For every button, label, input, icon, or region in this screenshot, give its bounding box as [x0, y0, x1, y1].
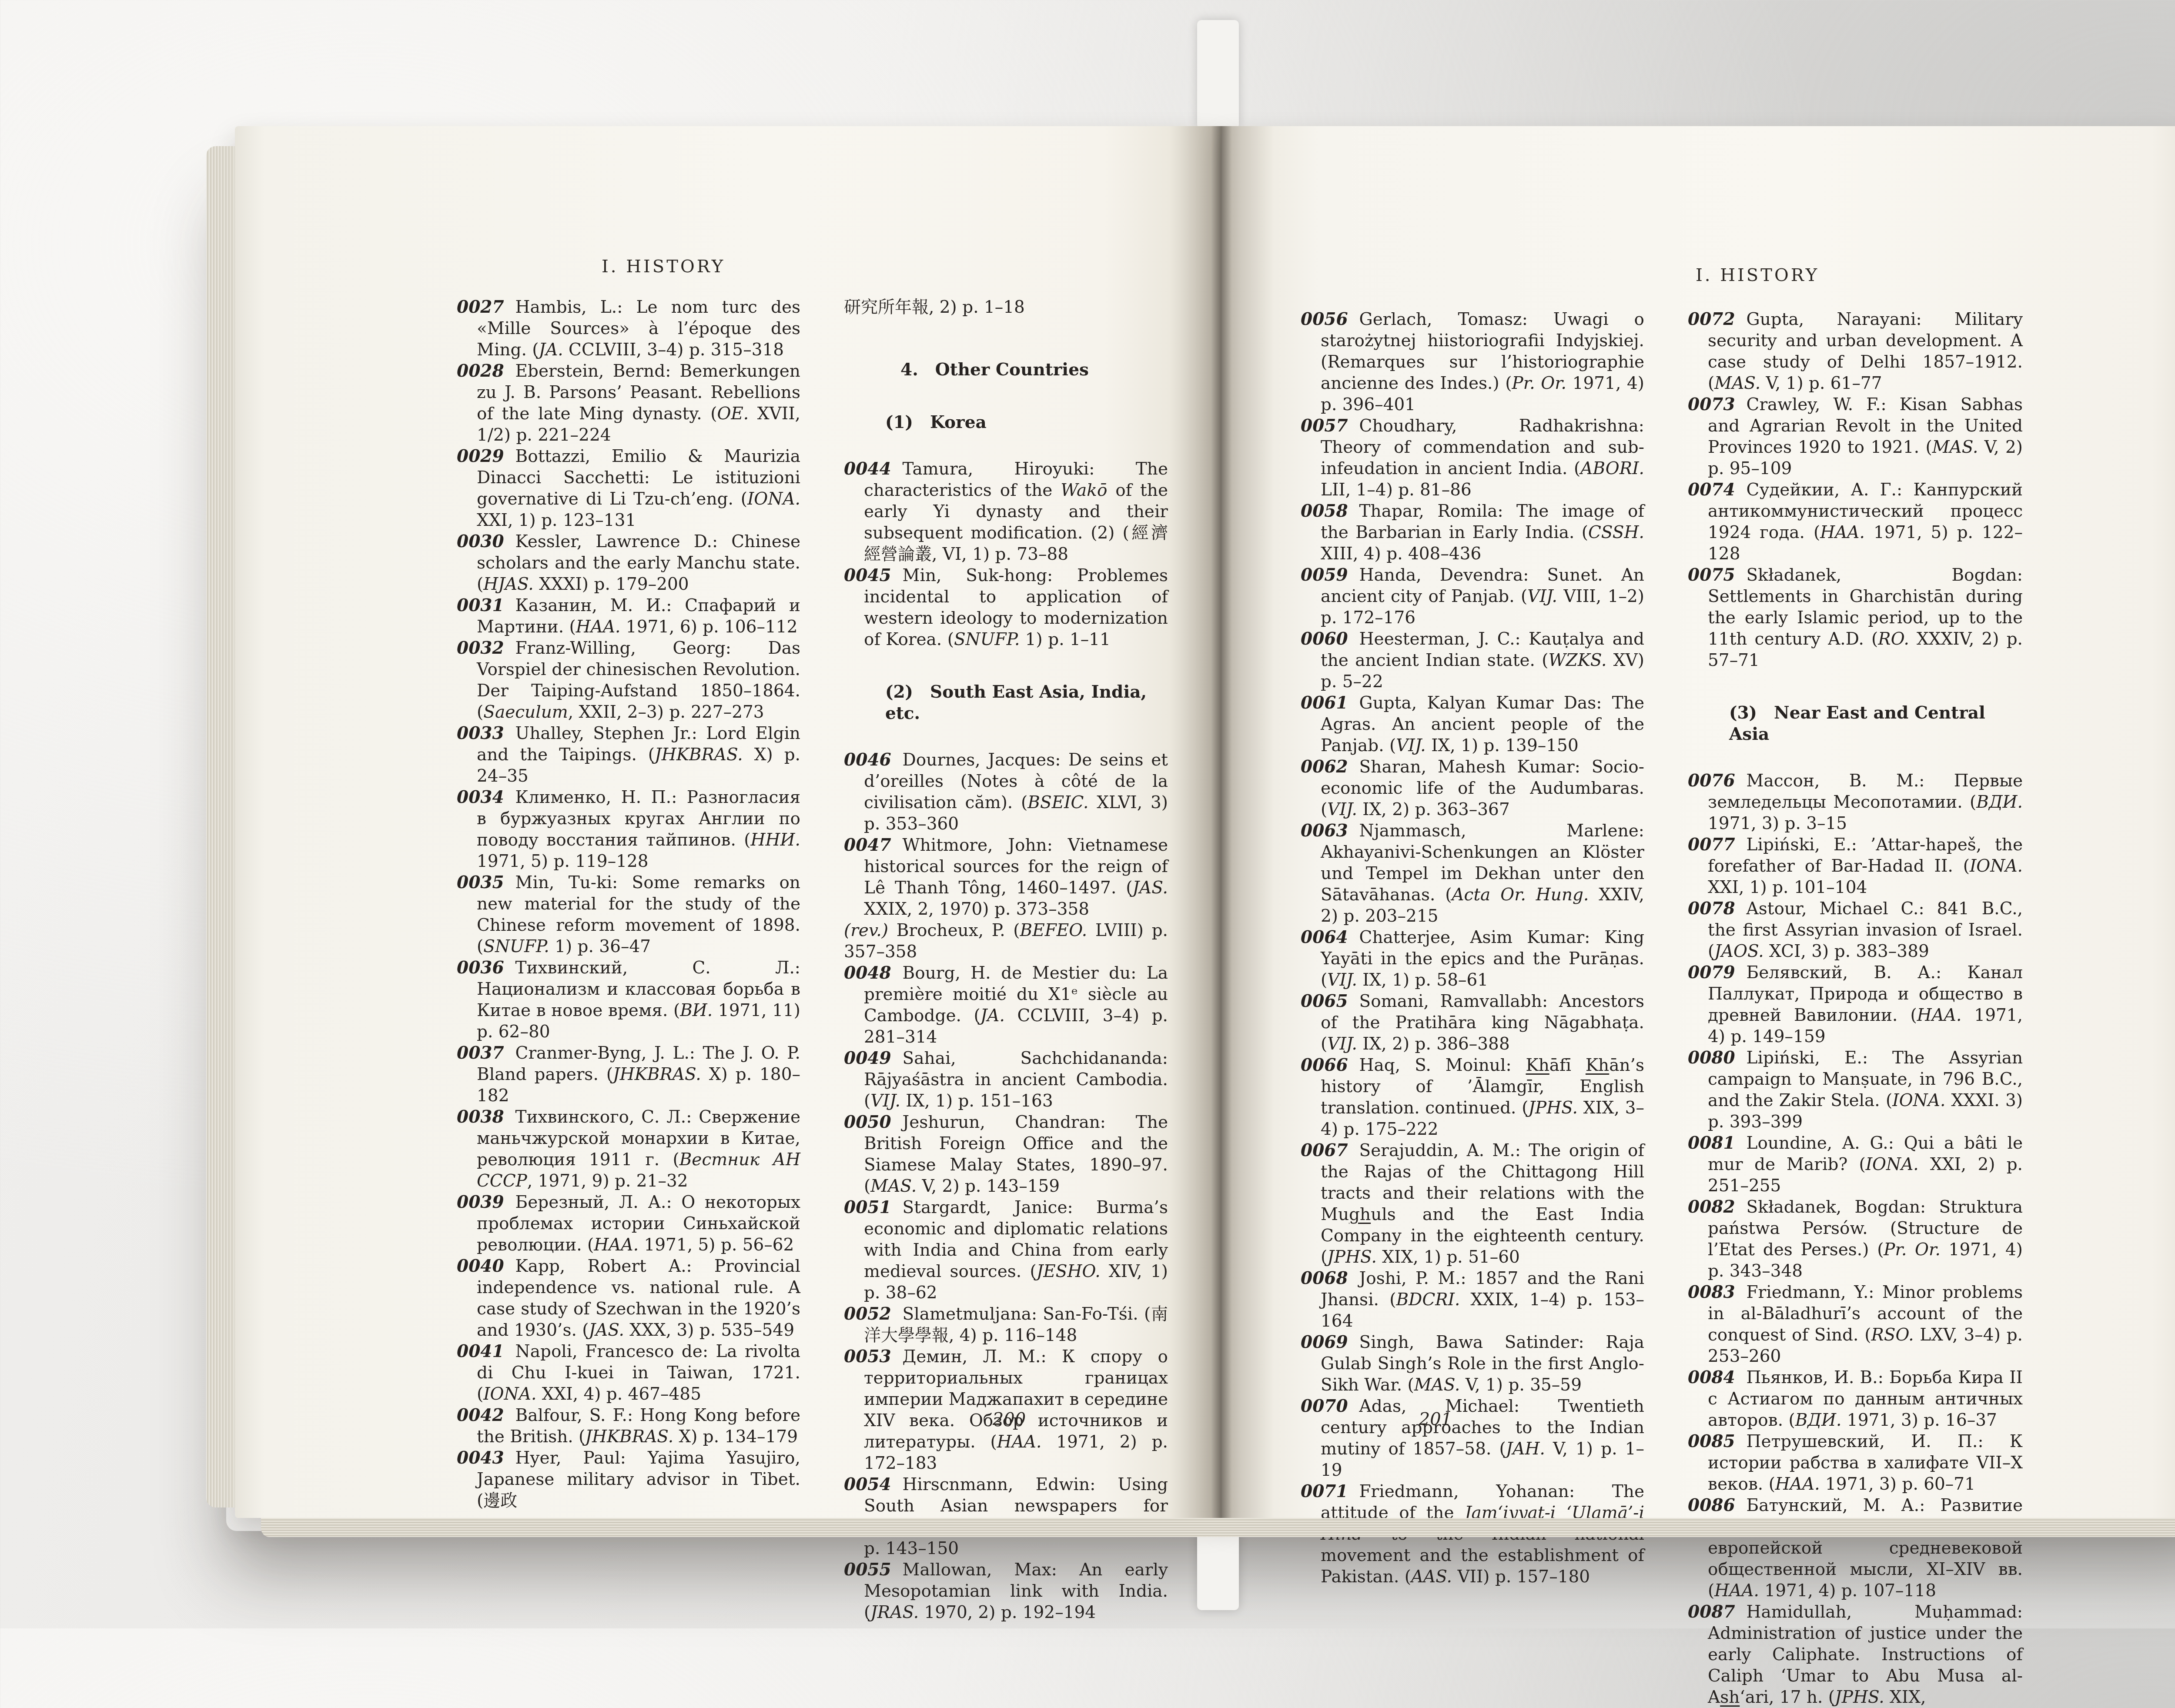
entry-number: 0077	[1688, 835, 1735, 855]
entry-number: 0063	[1301, 821, 1348, 841]
entry-number: 0050	[844, 1112, 891, 1132]
bib-entry: 0070Adas, Michael: Twentieth century app…	[1301, 1396, 1644, 1481]
bib-entry: 0060Heesterman, J. C.: Kauṭalya and the …	[1301, 628, 1644, 692]
bib-entry: 0084Пьянков, И. В.: Борьба Кира II с Аст…	[1688, 1367, 2023, 1431]
bib-entry: 0027Hambis, L.: Le nom turc des «Mille S…	[457, 297, 800, 361]
entry-number: 0039	[457, 1192, 504, 1212]
bibliography-column: 0072Gupta, Narayani: Military security a…	[1688, 309, 2023, 1628]
entry-number: 0036	[457, 958, 504, 978]
bib-entry: 0038Тихвинского, С. Л.: Свержение маньчж…	[457, 1106, 800, 1192]
bib-entry: 0064Chatterjee, Asim Kumar: King Yayāti …	[1301, 927, 1644, 991]
bib-entry: 0041Napoli, Francesco de: La rivolta di …	[457, 1341, 800, 1405]
entry-number: 0067	[1301, 1140, 1348, 1160]
entry-number: 0069	[1301, 1332, 1348, 1352]
entry-number: 0037	[457, 1043, 504, 1063]
bib-entry: 0048Bourg, H. de Mestier du: La première…	[844, 963, 1168, 1048]
bib-entry: 0058Thapar, Romila: The image of the Bar…	[1301, 501, 1644, 565]
entry-number: 0046	[844, 750, 891, 770]
bib-entry: 0035Min, Tu-ki: Some remarks on new mate…	[457, 872, 800, 957]
page-number: 200	[993, 1409, 1026, 1429]
entry-number: 0084	[1688, 1367, 1735, 1387]
entry-number: 0074	[1688, 480, 1735, 500]
entry-number: 0045	[844, 565, 891, 585]
bib-entry: 0076Массон, В. М.: Первые земледельцы Ме…	[1688, 770, 2023, 834]
entry-number: 0081	[1688, 1133, 1735, 1153]
entry-number: 0056	[1301, 309, 1348, 329]
bibliography-column: 0027Hambis, L.: Le nom turc des «Mille S…	[457, 297, 800, 1511]
bib-entry: 0057Choudhary, Radhakrishna: Theory of c…	[1301, 415, 1644, 501]
entry-number: 0032	[457, 638, 504, 658]
bib-entry: 0075Składanek, Bogdan: Settlements in Gh…	[1688, 565, 2023, 671]
entry-number: 0047	[844, 835, 891, 855]
entry-number: 0052	[844, 1304, 891, 1324]
bib-entry: 0045Min, Suk-hong: Problemes incidental …	[844, 565, 1168, 650]
bib-entry: 0062Sharan, Mahesh Kumar: Socio-economic…	[1301, 756, 1644, 820]
bib-entry: 0042Balfour, S. F.: Hong Kong before the…	[457, 1405, 800, 1447]
entry-number: 0058	[1301, 501, 1348, 521]
bib-entry: 0082Składanek, Bogdan: Struktura państwa…	[1688, 1197, 2023, 1282]
entry-number: 0031	[457, 595, 504, 615]
entry-number: 0070	[1301, 1396, 1348, 1416]
bib-entry: 0086Батунский, М. А.: Развитие представл…	[1688, 1495, 2023, 1601]
entry-number: 0072	[1688, 309, 1735, 329]
page-number: 201	[1419, 1409, 1452, 1429]
entry-number: 0033	[457, 723, 504, 743]
entry-number: 0038	[457, 1107, 504, 1127]
entry-number: 0041	[457, 1341, 504, 1361]
entry-number: 0071	[1301, 1481, 1348, 1501]
bib-entry: 0074Судейкии, А. Г.: Канпурский антикомм…	[1688, 479, 2023, 565]
bib-entry: 0044Tamura, Hiroyuki: The characteristic…	[844, 458, 1168, 565]
entry-number: 0029	[457, 446, 504, 466]
bib-entry: 0054Hirscnmann, Edwin: Using South Asian…	[844, 1474, 1168, 1559]
bib-entry: 0079Белявский, В. А.: Канал Паллукат, Пр…	[1688, 962, 2023, 1047]
bib-entry: 0072Gupta, Narayani: Military security a…	[1688, 309, 2023, 394]
entry-number: 0062	[1301, 757, 1348, 777]
bib-entry: 0050Jeshurun, Chandran: The British Fore…	[844, 1112, 1168, 1197]
section-heading: (2) South East Asia, India, etc.	[844, 682, 1168, 724]
bib-entry: 0040Kapp, Robert A.: Provincial independ…	[457, 1256, 800, 1341]
entry-number: 0078	[1688, 899, 1735, 919]
section-heading: 4. Other Countries	[844, 359, 1168, 381]
page-edges-bottom	[261, 1518, 2175, 1537]
entry-number: 0083	[1688, 1282, 1735, 1302]
bib-entry: 0069Singh, Bawa Satinder: Raja Gulab Sin…	[1301, 1332, 1644, 1396]
bib-entry: 0067Serajuddin, A. M.: The origin of the…	[1301, 1140, 1644, 1268]
bib-entry: 0087Hamidullah, Muḥammad: Administration…	[1688, 1601, 2023, 1628]
entry-number: 0080	[1688, 1048, 1735, 1068]
bib-entry: 0068Joshi, P. M.: 1857 and the Rani Jhan…	[1301, 1268, 1644, 1332]
entry-number: 0073	[1688, 394, 1735, 414]
bib-entry: 0051Stargardt, Janice: Burma’s economic …	[844, 1197, 1168, 1304]
entry-number: 0086	[1688, 1495, 1735, 1515]
bibliography-column: 0056Gerlach, Tomasz: Uwagi o starożytnej…	[1301, 309, 1644, 1588]
entry-number: 0049	[844, 1048, 891, 1068]
entry-number: 0076	[1688, 771, 1735, 791]
bib-entry: 0043Hyer, Paul: Yajima Yasujiro, Japanes…	[457, 1447, 800, 1511]
bib-entry: 0036Тихвинский, С. Л.: Национализм и кла…	[457, 957, 800, 1043]
entry-number: 0042	[457, 1405, 504, 1425]
entry-number: 0055	[844, 1560, 891, 1580]
running-head: I. HISTORY	[1696, 265, 1819, 285]
bib-entry: 0080Lipiński, E.: The Assyrian campaign …	[1688, 1047, 2023, 1133]
entry-number: 0085	[1688, 1431, 1735, 1451]
bib-entry: 0083Friedmann, Y.: Minor problems in al-…	[1688, 1282, 2023, 1367]
entry-number: 0068	[1301, 1268, 1348, 1288]
bib-entry: 0032Franz-Willing, Georg: Das Vorspiel d…	[457, 638, 800, 723]
bib-entry: 0078Astour, Michael C.: 841 B.C., the fi…	[1688, 898, 2023, 962]
page-right: I. HISTORY 0056Gerlach, Tomasz: Uwagi o …	[1221, 126, 2175, 1518]
entry-number: 0087	[1688, 1602, 1735, 1622]
bib-entry: 0039Березный, Л. А.: О некоторых проблем…	[457, 1192, 800, 1256]
entry-number: 0030	[457, 531, 504, 552]
bib-entry: 0047Whitmore, John: Vietnamese historica…	[844, 835, 1168, 920]
bib-entry: 0065Somani, Ramvallabh: Ancestors of the…	[1301, 991, 1644, 1055]
entry-number: 0048	[844, 963, 891, 983]
book-spine-top	[1197, 20, 1239, 129]
bib-entry: 0031Казанин, М. И.: Спафарий и Мартини. …	[457, 595, 800, 638]
running-head: I. HISTORY	[602, 257, 725, 277]
bib-entry: 0049Sahai, Sachchidananda: Rājyaśāstra i…	[844, 1048, 1168, 1112]
entry-number: 0044	[844, 459, 891, 479]
bib-entry: 0073Crawley, W. F.: Kisan Sabhas and Agr…	[1688, 394, 2023, 479]
bib-entry: 0030Kessler, Lawrence D.: Chinese schola…	[457, 531, 800, 595]
entry-number: 0065	[1301, 991, 1348, 1011]
entry-continuation: 研究所年報, 2) p. 1–18	[844, 297, 1168, 318]
entry-number: 0043	[457, 1448, 504, 1468]
bib-entry: 0061Gupta, Kalyan Kumar Das: The Agras. …	[1301, 692, 1644, 756]
bib-entry: 0029Bottazzi, Emilio & Maurizia Dinacci …	[457, 446, 800, 531]
entry-number: 0066	[1301, 1055, 1348, 1075]
entry-number: 0035	[457, 872, 504, 892]
bib-entry: 0056Gerlach, Tomasz: Uwagi o starożytnej…	[1301, 309, 1644, 415]
entry-number: 0075	[1688, 565, 1735, 585]
entry-number: 0059	[1301, 565, 1348, 585]
bib-entry: 0037Cranmer-Byng, J. L.: The J. O. P. Bl…	[457, 1043, 800, 1106]
entry-number: 0079	[1688, 963, 1735, 983]
entry-number: 0061	[1301, 693, 1348, 713]
bib-entry: 0077Lipiński, E.: ’Attar-hapeš, the fore…	[1688, 834, 2023, 898]
entry-number: 0051	[844, 1197, 891, 1217]
entry-continuation: (rev.) Brocheux, P. (BEFEO. LVIII) p. 35…	[844, 920, 1168, 963]
bib-entry: 0063Njammasch, Marlene: Akhayanivi-Schen…	[1301, 820, 1644, 927]
entry-number: 0082	[1688, 1197, 1735, 1217]
bib-entry: 0059Handa, Devendra: Sunet. An ancient c…	[1301, 565, 1644, 628]
section-heading: (3) Near East and Central Asia	[1688, 702, 2023, 745]
entry-number: 0028	[457, 361, 504, 381]
entry-number: 0034	[457, 787, 504, 807]
bib-entry: 0052Slametmuljana: San-Fo-Tśi. (南洋大學學報, …	[844, 1304, 1168, 1346]
bib-entry: 0081Loundine, A. G.: Qui a bâti le mur d…	[1688, 1133, 2023, 1197]
entry-number: 0060	[1301, 629, 1348, 649]
entry-number: 0057	[1301, 416, 1348, 436]
bib-entry: 0046Dournes, Jacques: De seins et d’orei…	[844, 749, 1168, 835]
entry-number: 0053	[844, 1347, 891, 1367]
bib-entry: 0066Haq, S. Moinul: Khāfī Khān’s history…	[1301, 1055, 1644, 1140]
bib-entry: 0034Клименко, Н. П.: Разногласия в буржу…	[457, 787, 800, 872]
bib-entry: 0055Mallowan, Max: An early Mesopotamian…	[844, 1559, 1168, 1623]
entry-number: 0064	[1301, 927, 1348, 947]
bib-entry: 0028Eberstein, Bernd: Bemerkungen zu J. …	[457, 361, 800, 446]
section-heading: (1) Korea	[844, 412, 1168, 433]
entry-number: 0027	[457, 297, 504, 317]
entry-number: 0054	[844, 1474, 891, 1494]
page-left: I. HISTORY 0027Hambis, L.: Le nom turc d…	[235, 126, 1221, 1518]
bib-entry: 0085Петрушевский, И. П.: К истории рабст…	[1688, 1431, 2023, 1495]
entry-number: 0040	[457, 1256, 504, 1276]
bib-entry: 0033Uhalley, Stephen Jr.: Lord Elgin and…	[457, 723, 800, 787]
